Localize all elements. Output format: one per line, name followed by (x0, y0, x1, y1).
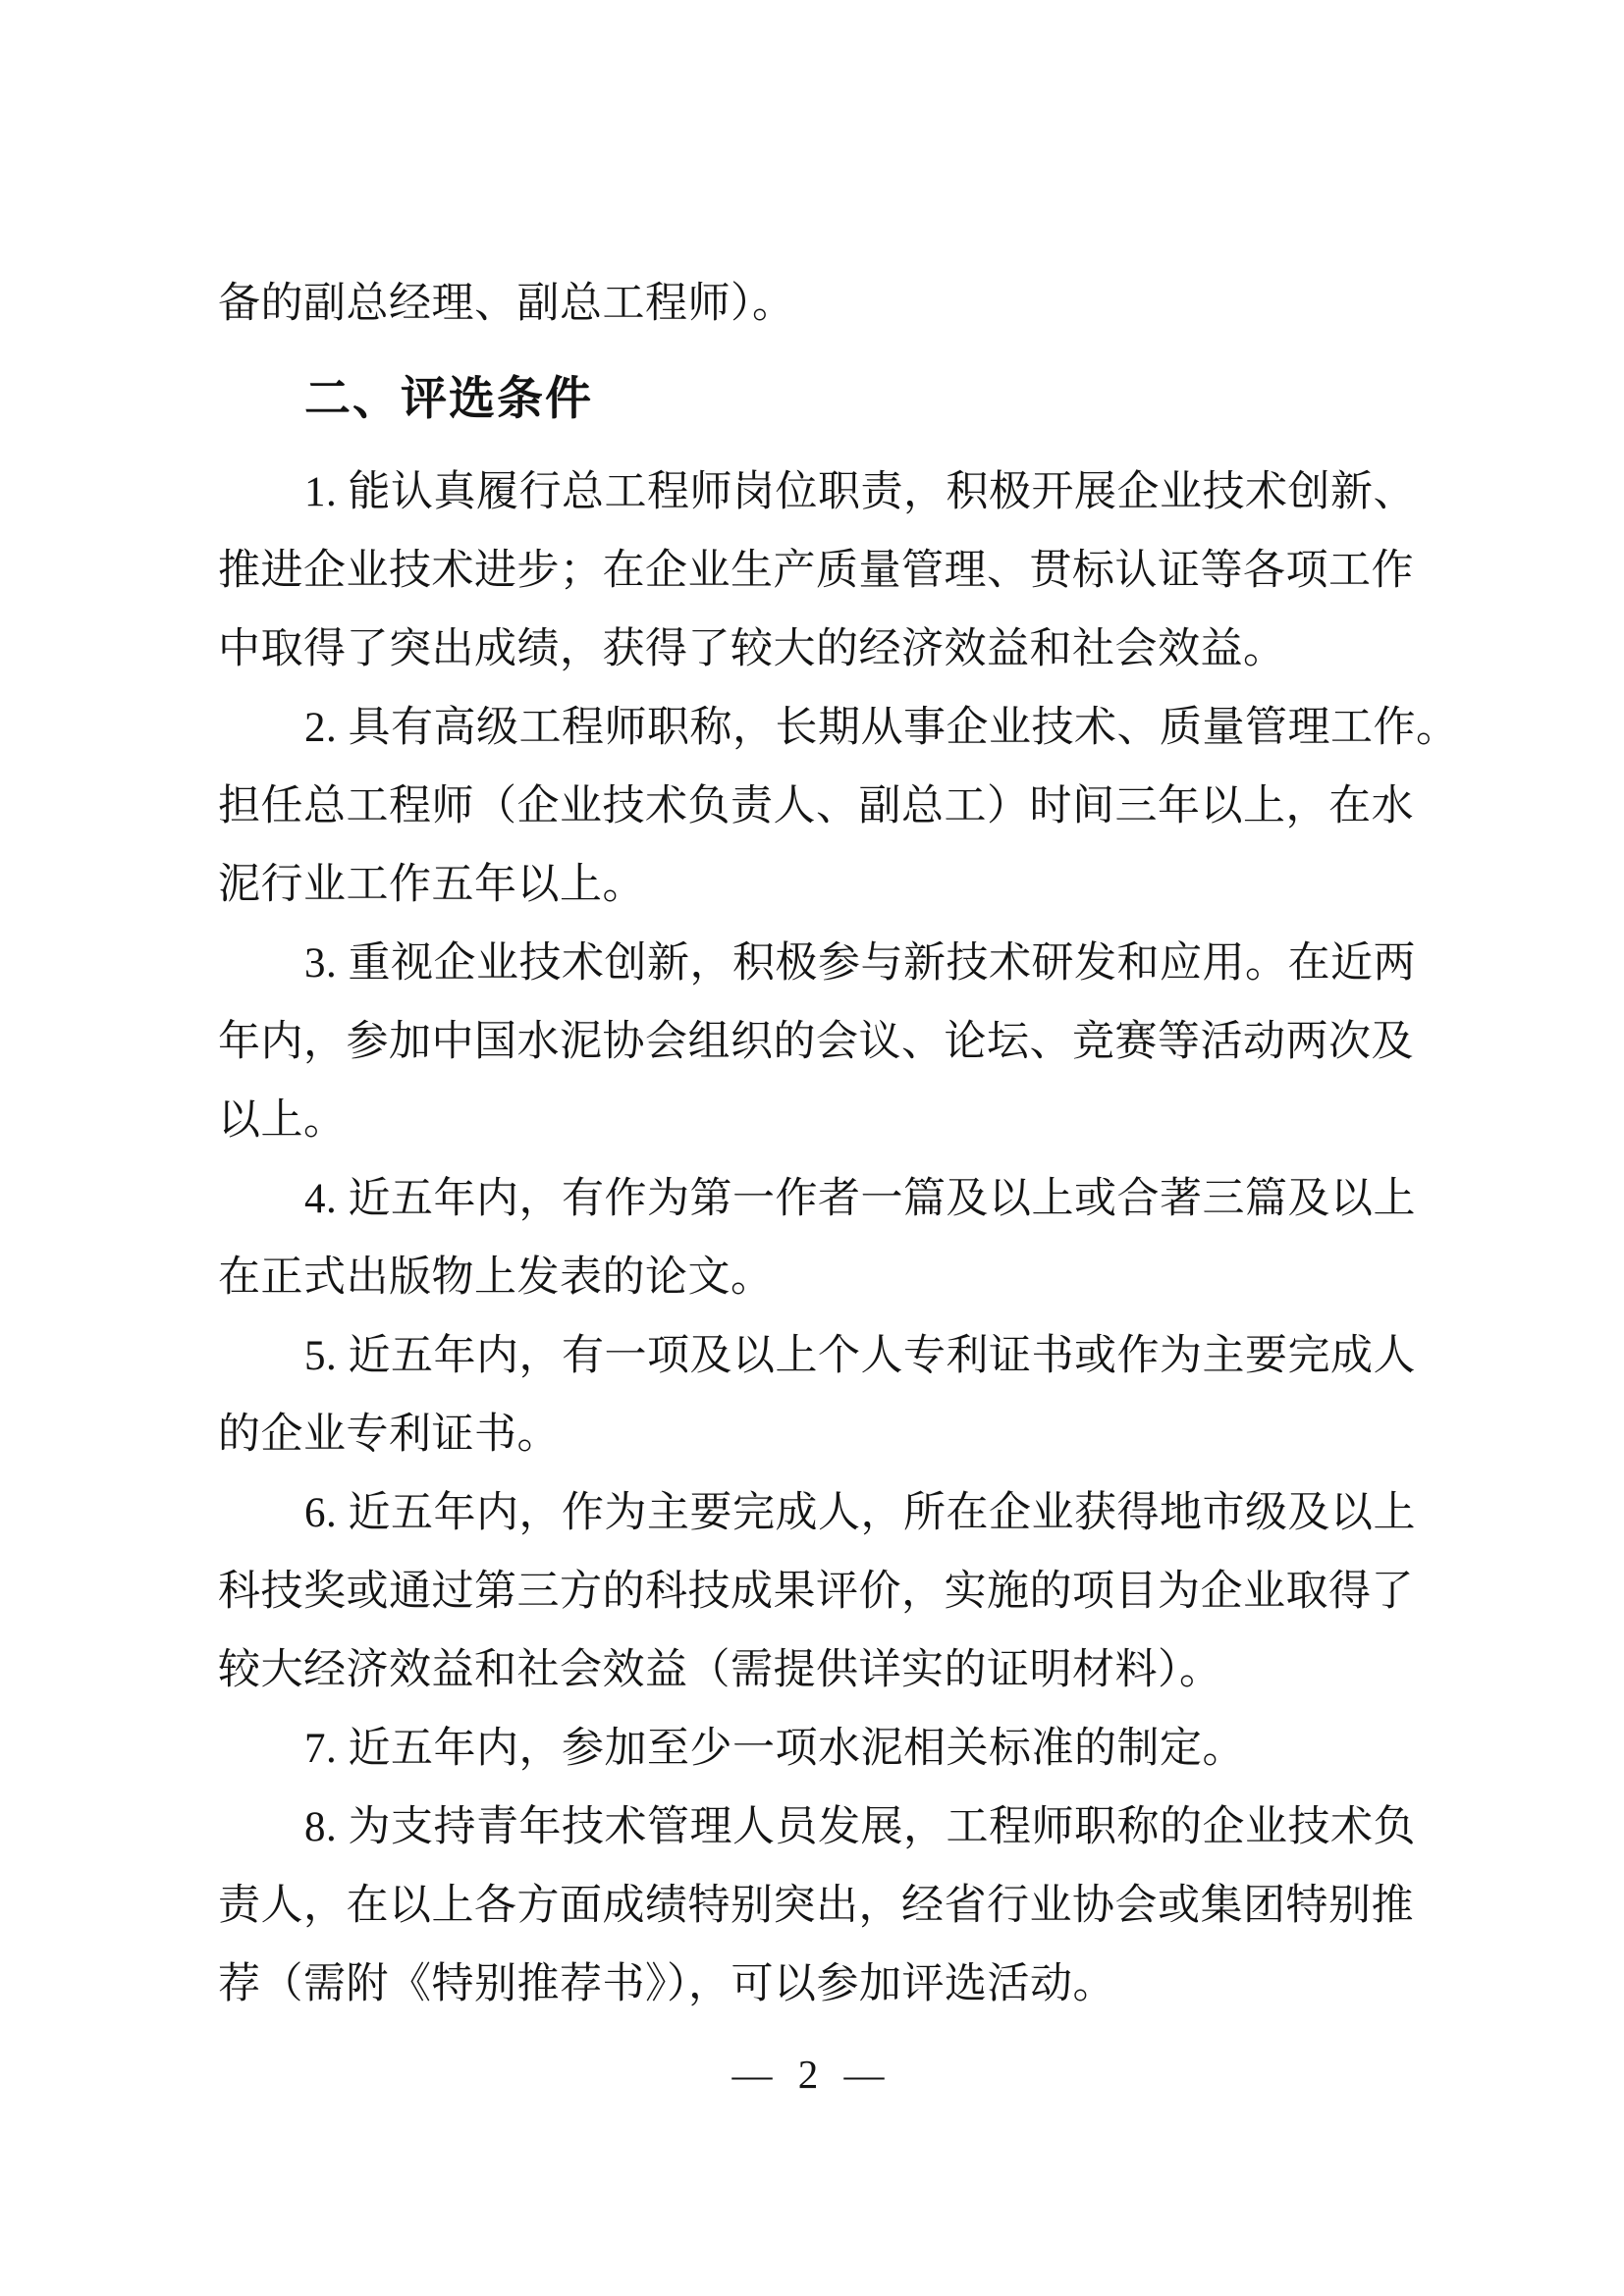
text-line: 担任总工程师（企业技术负责人、副总工）时间三年以上，在水 (218, 768, 1412, 846)
text-line: 以上。 (218, 1082, 1412, 1160)
text-line: 推进企业技术进步；在企业生产质量管理、贯标认证等各项工作 (218, 532, 1412, 611)
text-line: 3. 重视企业技术创新，积极参与新技术研发和应用。在近两 (218, 925, 1412, 1003)
text-line: 泥行业工作五年以上。 (218, 846, 1412, 925)
page-number: — 2 — (0, 2050, 1624, 2099)
text-line: 较大经济效益和社会效益（需提供详实的证明材料）。 (218, 1631, 1412, 1710)
section-heading: 二、评选条件 (218, 359, 1412, 438)
document-page: 备的副总经理、副总工程师）。二、评选条件1. 能认真履行总工程师岗位职责，积极开… (0, 0, 1624, 2296)
text-line: 在正式出版物上发表的论文。 (218, 1239, 1412, 1317)
text-line: 7. 近五年内，参加至少一项水泥相关标准的制定。 (218, 1710, 1412, 1789)
text-line: 4. 近五年内，有作为第一作者一篇及以上或合著三篇及以上 (218, 1160, 1412, 1239)
text-line: 1. 能认真履行总工程师岗位职责，积极开展企业技术创新、 (218, 454, 1412, 532)
text-line: 6. 近五年内，作为主要完成人，所在企业获得地市级及以上 (218, 1474, 1412, 1553)
text-line: 中取得了突出成绩，获得了较大的经济效益和社会效益。 (218, 611, 1412, 689)
text-line: 责人，在以上各方面成绩特别突出，经省行业协会或集团特别推 (218, 1867, 1412, 1946)
text-line: 的企业专利证书。 (218, 1396, 1412, 1474)
text-line: 8. 为支持青年技术管理人员发展，工程师职称的企业技术负 (218, 1789, 1412, 1867)
text-line: 科技奖或通过第三方的科技成果评价，实施的项目为企业取得了 (218, 1553, 1412, 1631)
text-line: 备的副总经理、副总工程师）。 (218, 265, 1412, 344)
text-line: 2. 具有高级工程师职称，长期从事企业技术、质量管理工作。 (218, 689, 1412, 768)
text-line: 5. 近五年内，有一项及以上个人专利证书或作为主要完成人 (218, 1317, 1412, 1396)
document-text-block: 备的副总经理、副总工程师）。二、评选条件1. 能认真履行总工程师岗位职责，积极开… (218, 265, 1412, 2024)
text-line: 年内，参加中国水泥协会组织的会议、论坛、竞赛等活动两次及 (218, 1003, 1412, 1082)
text-line: 荐（需附《特别推荐书》），可以参加评选活动。 (218, 1946, 1412, 2024)
